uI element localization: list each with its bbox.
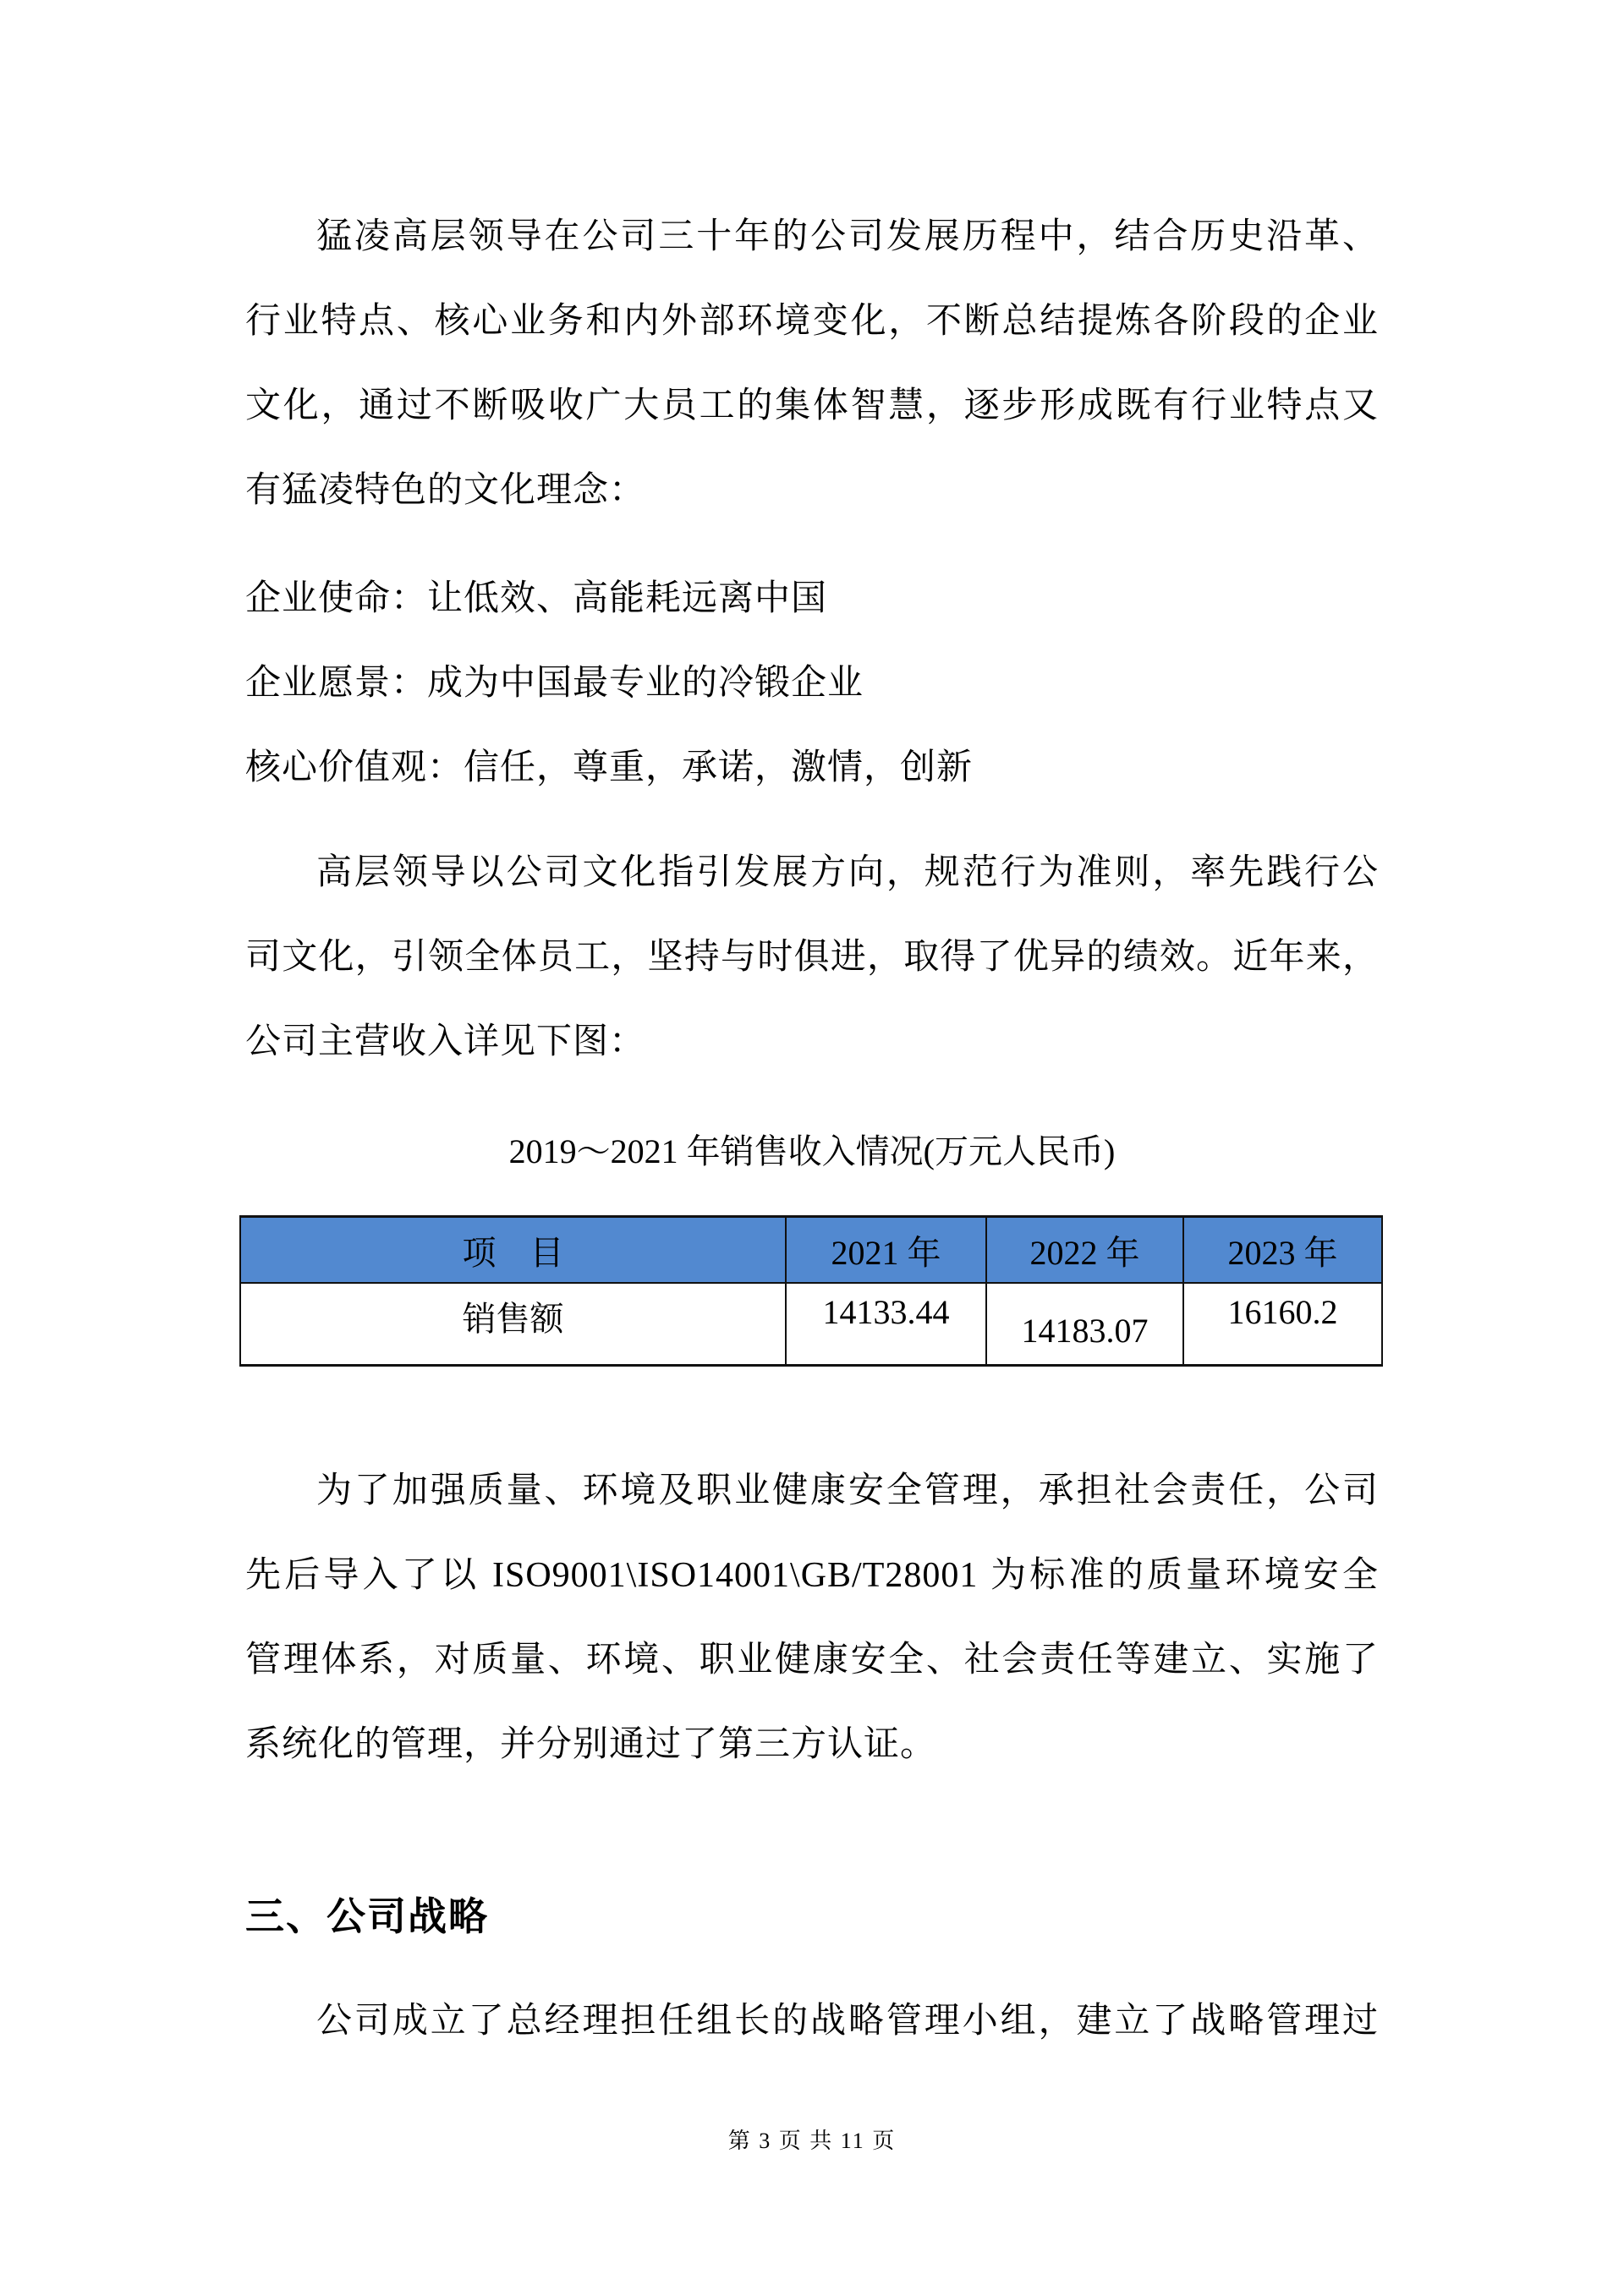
table-header-2021: 2021 年 xyxy=(785,1218,985,1284)
text-line: 先后导入了以 ISO9001\ISO14001\GB/T28001 为标准的质量… xyxy=(245,1533,1379,1618)
table-cell-2023: 16160.2 xyxy=(1182,1284,1381,1364)
text-line: 公司成立了总经理担任组长的战略管理小组，建立了战略管理过 xyxy=(245,1979,1379,2063)
text-line: 系统化的管理，并分别通过了第三方认证。 xyxy=(245,1702,1379,1787)
text-line: 有猛凌特色的文化理念： xyxy=(245,448,1379,533)
values-line: 核心价值观：信任，尊重，承诺，激情，创新 xyxy=(245,726,1379,810)
text-line: 行业特点、核心业务和内外部环境变化，不断总结提炼各阶段的企业 xyxy=(245,279,1379,364)
text-line: 为了加强质量、环境及职业健康安全管理，承担社会责任，公司 xyxy=(245,1449,1379,1533)
paragraph-management-systems: 为了加强质量、环境及职业健康安全管理，承担社会责任，公司 先后导入了以 ISO9… xyxy=(245,1449,1379,1787)
text-line: 高层领导以公司文化指引发展方向，规范行为准则，率先践行公 xyxy=(245,830,1379,915)
text-line: 文化，通过不断吸收广大员工的集体智慧，逐步形成既有行业特点又 xyxy=(245,364,1379,448)
text-line: 司文化，引领全体员工，坚持与时俱进，取得了优异的绩效。近年来， xyxy=(245,915,1379,1000)
table-header-2023: 2023 年 xyxy=(1182,1218,1381,1284)
table-row-label: 销售额 xyxy=(241,1284,785,1364)
vision-line: 企业愿景：成为中国最专业的冷锻企业 xyxy=(245,641,1379,726)
mission-line: 企业使命：让低效、高能耗远离中国 xyxy=(245,556,1379,641)
table-header-2022: 2022 年 xyxy=(985,1218,1182,1284)
document-page: 猛凌高层领导在公司三十年的公司发展历程中，结合历史沿革、 行业特点、核心业务和内… xyxy=(0,0,1624,2296)
table-cell-2022: 14183.07 xyxy=(985,1284,1182,1364)
text-line: 管理体系，对质量、环境、职业健康安全、社会责任等建立、实施了 xyxy=(245,1618,1379,1702)
sales-revenue-table: 项 目 2021 年 2022 年 2023 年 销售额 14133.44 14… xyxy=(239,1215,1383,1367)
table-title: 2019～2021 年销售收入情况(万元人民币) xyxy=(245,1110,1379,1194)
text-line: 公司主营收入详见下图： xyxy=(245,1000,1379,1084)
paragraph-leadership: 高层领导以公司文化指引发展方向，规范行为准则，率先践行公 司文化，引领全体员工，… xyxy=(245,830,1379,1084)
table-cell-2021: 14133.44 xyxy=(785,1284,985,1364)
table-header-item: 项 目 xyxy=(241,1218,785,1284)
text-line: 猛凌高层领导在公司三十年的公司发展历程中，结合历史沿革、 xyxy=(245,195,1379,279)
section-heading-strategy: 三、公司战略 xyxy=(245,1874,1379,1959)
page-footer: 第 3 页 共 11 页 xyxy=(0,2124,1624,2158)
paragraph-strategy-intro: 公司成立了总经理担任组长的战略管理小组，建立了战略管理过 xyxy=(245,1979,1379,2063)
paragraph-company-culture: 猛凌高层领导在公司三十年的公司发展历程中，结合历史沿革、 行业特点、核心业务和内… xyxy=(245,195,1379,533)
culture-statements: 企业使命：让低效、高能耗远离中国 企业愿景：成为中国最专业的冷锻企业 核心价值观… xyxy=(245,556,1379,810)
